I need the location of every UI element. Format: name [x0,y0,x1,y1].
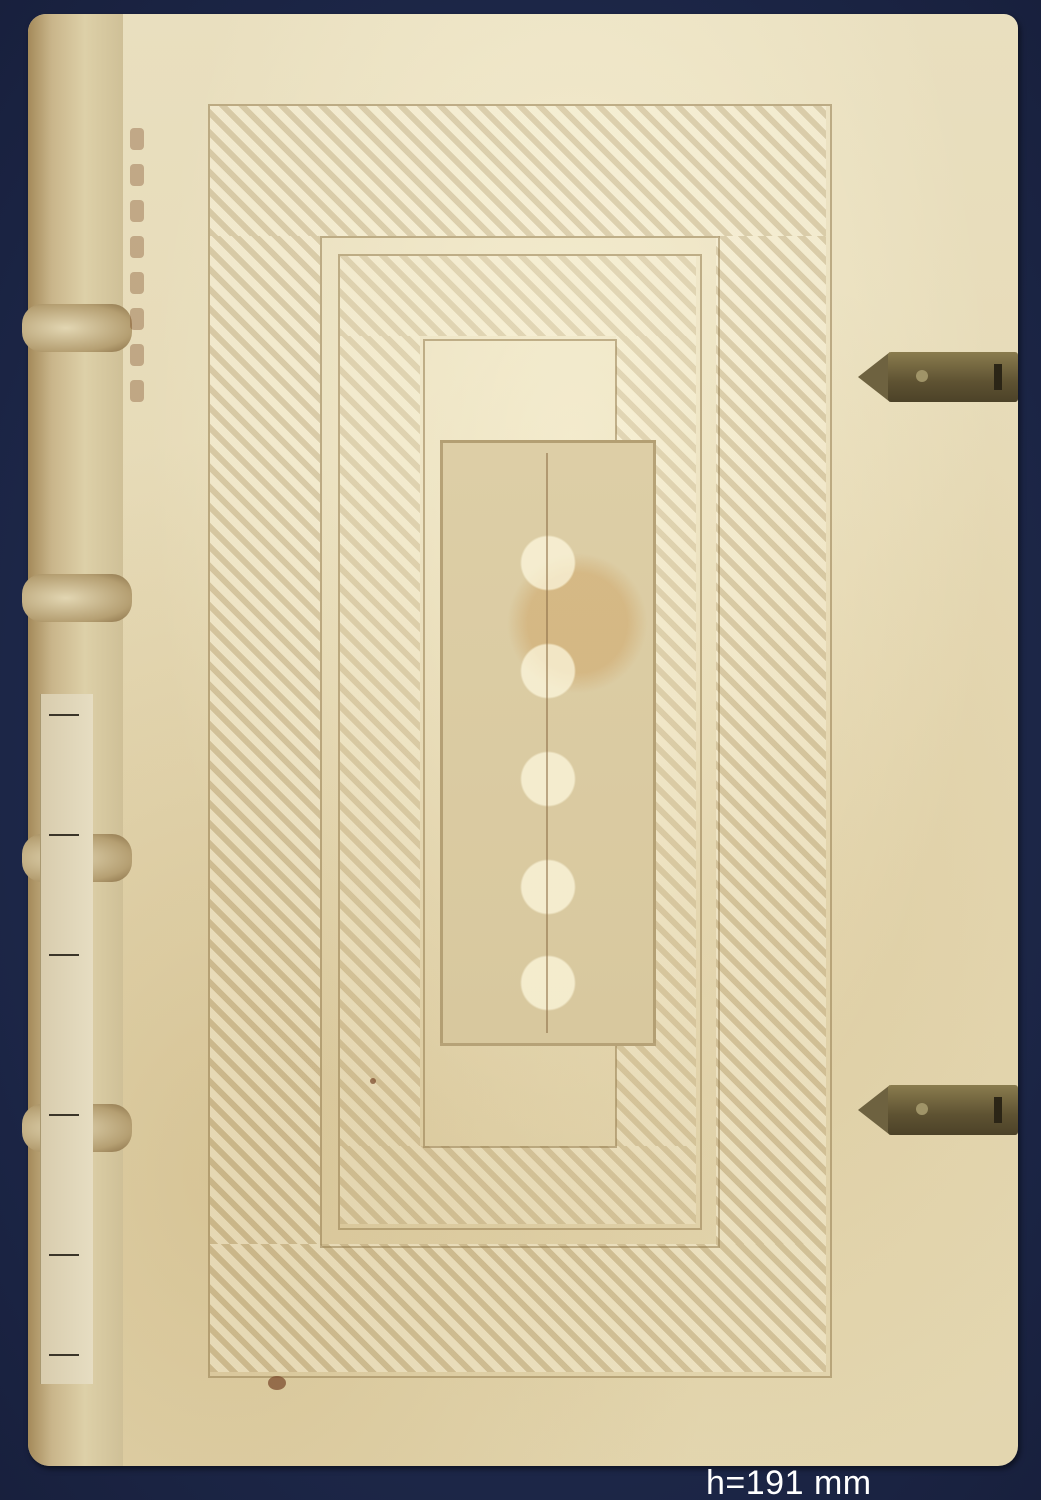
spine-raised-band [22,574,132,622]
panel-central-stem [546,453,548,1033]
top-ornamental-roll [210,106,826,236]
central-floral-panel [440,440,656,1046]
inner-top-roll [340,256,696,336]
bottom-ornamental-roll [210,1244,826,1372]
book-spine [28,14,123,1466]
stain-spot [268,1376,286,1390]
lower-brass-clasp [858,1085,1018,1135]
spine-paper-label [40,694,93,1384]
upper-brass-clasp [858,352,1018,402]
inner-left-roll [340,336,420,1146]
height-measurement-label: h=191 mm [706,1466,872,1500]
left-ornamental-roll [210,236,320,1244]
inner-bottom-roll [340,1146,696,1224]
stain-spot [370,1078,376,1084]
handwritten-spine-inscription [124,114,154,494]
right-ornamental-roll [716,236,826,1244]
spine-raised-band [22,304,132,352]
